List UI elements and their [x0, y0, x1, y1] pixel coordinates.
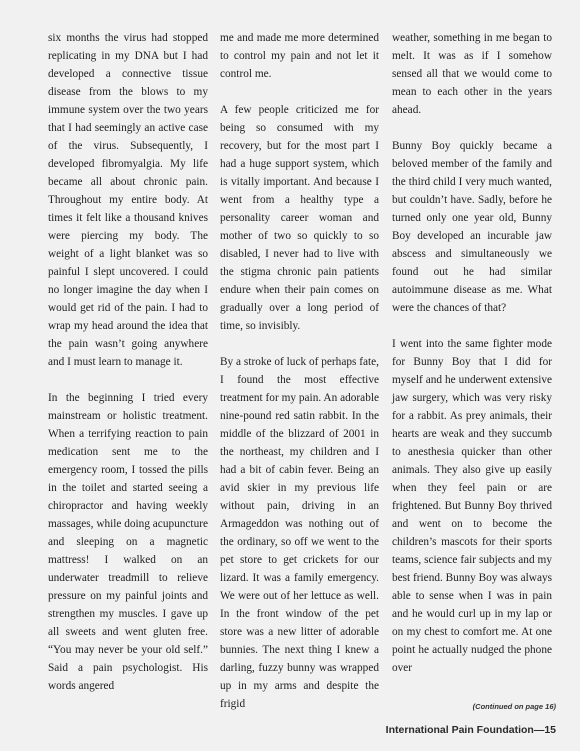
paragraph: weather, something in me began to melt. … — [392, 29, 552, 119]
paragraph: six months the virus had stopped replica… — [48, 29, 208, 371]
paragraph: In the beginning I tried every mainstrea… — [48, 389, 208, 695]
page-footer: International Pain Foundation—15 — [386, 724, 556, 736]
paragraph: By a stroke of luck of perhaps fate, I f… — [220, 353, 379, 713]
paragraph: me and made me more determined to contro… — [220, 29, 379, 83]
paragraph: Bunny Boy quickly became a beloved membe… — [392, 137, 552, 317]
text-column-2: me and made me more determined to contro… — [220, 29, 379, 713]
continued-note: (Continued on page 16) — [473, 702, 556, 711]
text-column-1: six months the virus had stopped replica… — [48, 29, 208, 695]
paragraph: A few people criticized me for being so … — [220, 101, 379, 335]
paragraph: I went into the same fighter mode for Bu… — [392, 335, 552, 677]
text-column-3: weather, something in me began to melt. … — [392, 29, 552, 677]
